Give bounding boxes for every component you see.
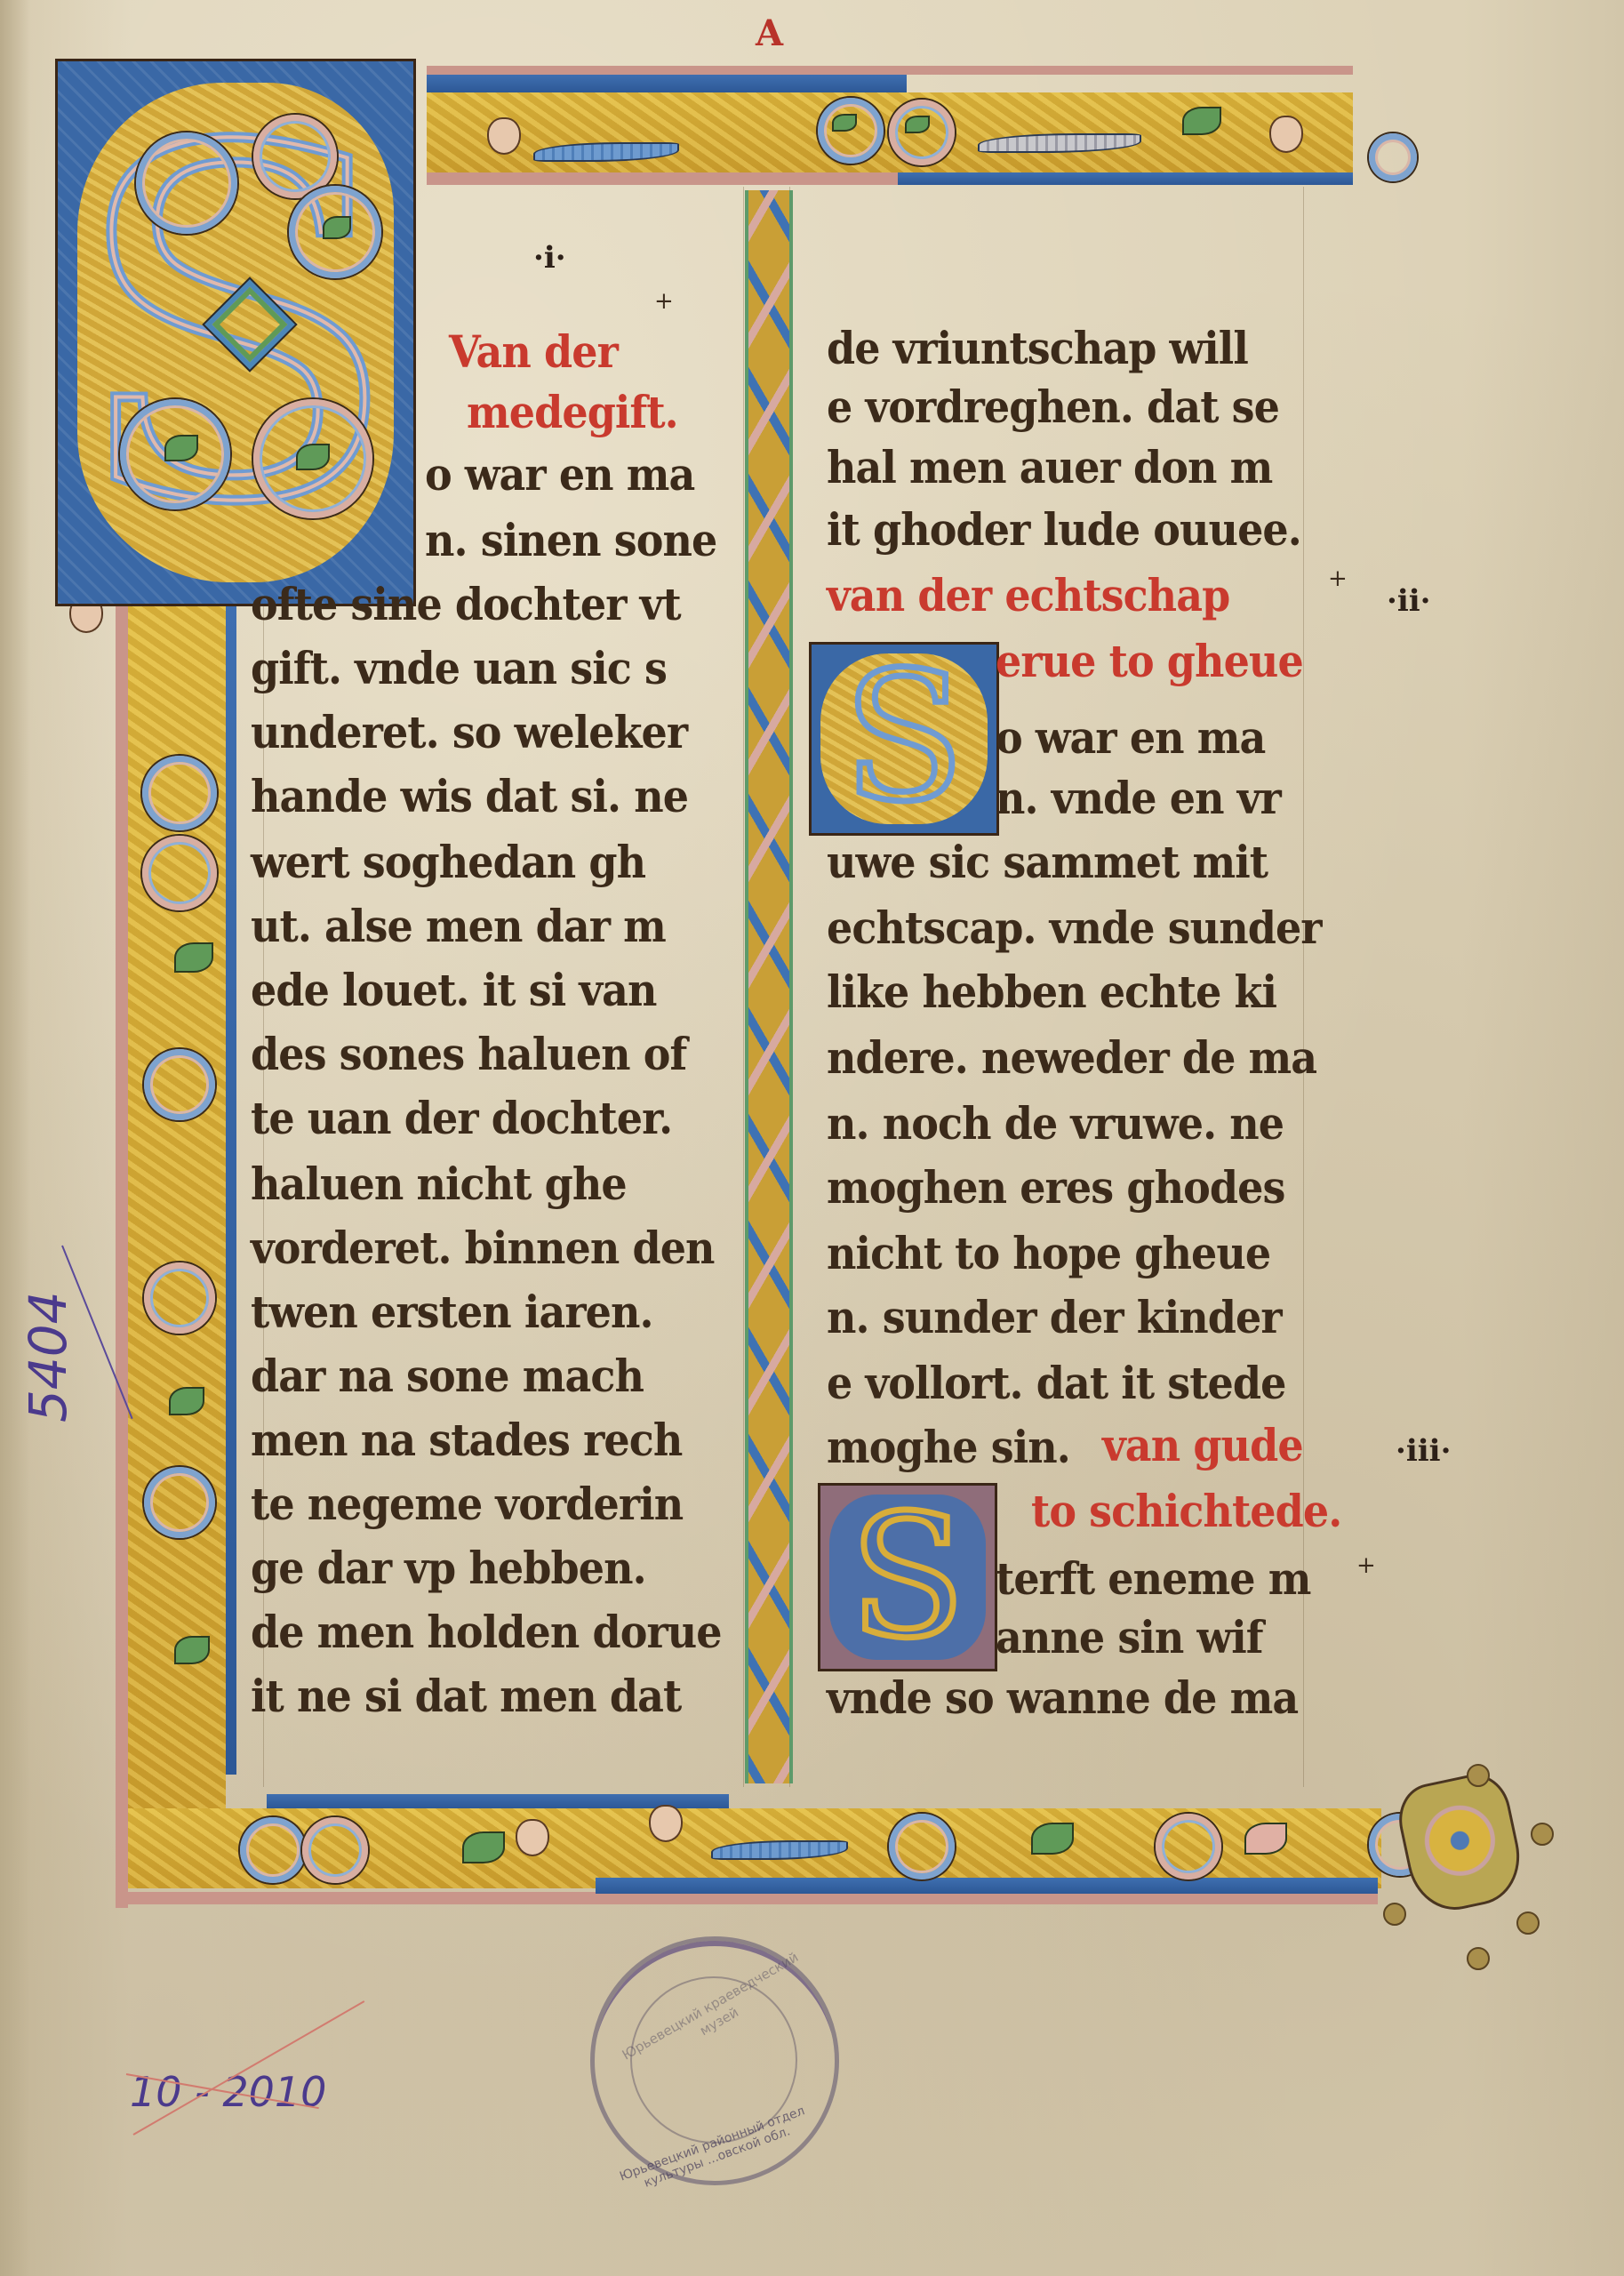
grotesque-head [516,1819,549,1856]
text-line: terft eneme m [996,1552,1310,1606]
medallion-knob [1516,1911,1540,1935]
rubric-heading: Van der [449,325,618,379]
text-line: vorderet. binnen den [251,1222,715,1275]
text-line: dar na sone mach [251,1350,644,1403]
text-line: like hebben echte ki [827,966,1276,1019]
text-line: men na stades rech [251,1414,682,1467]
ruling-line [743,187,744,1787]
text-line: e vordreghen. dat se [827,381,1279,434]
text-line: hal men auer don m [827,441,1272,494]
rubric-heading: erue to gheue [996,635,1303,688]
text-line: ndere. neweder de ma [827,1031,1316,1085]
vine-scroll [302,1817,368,1883]
text-line: des sones haluen of [251,1028,686,1081]
rubric-heading: van der echtschap [827,569,1229,622]
grotesque-head [649,1805,683,1842]
text-line: uwe sic sammet mit [827,836,1268,889]
text-line: it ghoder lude ouuee. [827,503,1301,557]
medallion-knob [1531,1823,1554,1846]
chapter-number-1: ·i· [533,240,566,276]
margin-cross: + [1356,1552,1376,1579]
margin-cross: + [654,288,674,315]
text-line: n. sunder der kinder [827,1291,1282,1344]
text-line: moghen eres ghodes [827,1161,1284,1214]
interlace-column-divider [745,190,793,1783]
text-line: de men holden dorue [251,1606,722,1659]
text-line: ofte sine dochter vt [251,578,681,631]
vine-scroll [240,1817,306,1883]
quire-mark: A [756,12,785,54]
text-line: n. noch de vruwe. ne [827,1097,1284,1150]
vine-scroll [144,1467,215,1538]
text-line: n. sinen sone [425,514,716,567]
vine-scroll [818,98,884,164]
rubric-heading: to schichtede. [1031,1485,1341,1538]
page-edge [0,0,30,2276]
text-line: te negeme vorderin [251,1478,683,1531]
ruling-line [1303,187,1304,1787]
grotesque-head [487,117,521,155]
medallion-knob [1467,1947,1490,1970]
text-line: nicht to hope gheue [827,1227,1270,1280]
illuminated-initial-s-small: S [809,642,999,836]
text-line: it ne si dat men dat [251,1670,681,1723]
vine-tendril [1369,133,1417,181]
text-line: wert soghedan gh [251,836,645,889]
text-line: hande wis dat si. ne [251,770,688,823]
text-line: ge dar vp hebben. [251,1542,646,1595]
vine-scroll [142,756,217,830]
text-line: o war en ma [425,448,694,501]
museum-stamp: Юрьевецкий районный отдел культуры ...ов… [590,1936,839,2185]
chapter-number-3: ·iii· [1396,1433,1451,1469]
margin-cross: + [1328,565,1348,592]
text-line: n. vnde en vr [996,772,1281,825]
text-line: anne sin wif [996,1611,1263,1664]
margin-shelfmark: 5404 [18,1291,78,1422]
vine-scroll [142,836,217,910]
medallion-knob [1383,1903,1406,1926]
text-line: e vollort. dat it stede [827,1357,1285,1410]
text-line: haluen nicht ghe [251,1158,627,1211]
text-line: de vriuntschap will [827,322,1248,375]
vine-scroll [144,1262,215,1334]
text-line: underet. so weleker [251,706,687,759]
text-line: ede louet. it si van [251,964,657,1017]
text-line: vnde so wanne de ma [827,1671,1298,1725]
vine-scroll [144,1049,215,1120]
text-line: echtscap. vnde sunder [827,902,1322,955]
illuminated-initial-s: S S [55,59,416,606]
rubric-heading: van gude [1102,1419,1303,1472]
text-line: moghe sin. [827,1421,1070,1474]
grotesque-head [1269,116,1303,153]
illuminated-initial-s-small: S [818,1483,997,1671]
text-line: twen ersten iaren. [251,1286,653,1339]
text-line: gift. vnde uan sic s [251,642,667,695]
vine-scroll [889,1814,955,1879]
text-line: o war en ma [996,711,1265,765]
text-line: ut. alse men dar m [251,900,666,953]
rubric-heading: medegift. [467,386,678,439]
text-line: te uan der dochter. [251,1092,672,1145]
chapter-number-2: ·ii· [1387,583,1431,619]
medallion-knob [1467,1764,1490,1787]
vine-scroll [1156,1814,1221,1879]
